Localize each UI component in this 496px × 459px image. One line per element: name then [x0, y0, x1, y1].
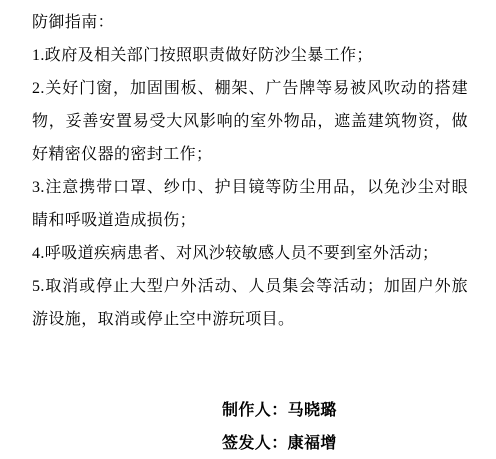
issuer-label: 签发人： [222, 435, 288, 452]
signature-block: 制作人：马晓璐 签发人：康福增 [0, 394, 496, 459]
guide-title: 防御指南： [32, 6, 468, 39]
maker-label: 制作人： [222, 402, 288, 419]
maker-line: 制作人：马晓璐 [222, 394, 496, 427]
issuer-name: 康福增 [288, 435, 337, 452]
guide-item-2: 2.关好门窗，加固围板、棚架、广告牌等易被风吹动的搭建物，妥善安置易受大风影响的… [32, 72, 468, 171]
guide-item-3: 3.注意携带口罩、纱巾、护目镜等防尘用品，以免沙尘对眼睛和呼吸道造成损伤； [32, 171, 468, 237]
guide-item-5: 5.取消或停止大型户外活动、人员集会等活动；加固户外旅游设施，取消或停止空中游玩… [32, 270, 468, 336]
issuer-line: 签发人：康福增 [222, 427, 496, 459]
guide-item-1: 1.政府及相关部门按照职责做好防沙尘暴工作； [32, 39, 468, 72]
guide-body: 防御指南： 1.政府及相关部门按照职责做好防沙尘暴工作； 2.关好门窗，加固围板… [0, 0, 496, 336]
document-page: 防御指南： 1.政府及相关部门按照职责做好防沙尘暴工作； 2.关好门窗，加固围板… [0, 0, 496, 459]
maker-name: 马晓璐 [288, 402, 337, 419]
guide-item-4: 4.呼吸道疾病患者、对风沙较敏感人员不要到室外活动； [32, 237, 468, 270]
